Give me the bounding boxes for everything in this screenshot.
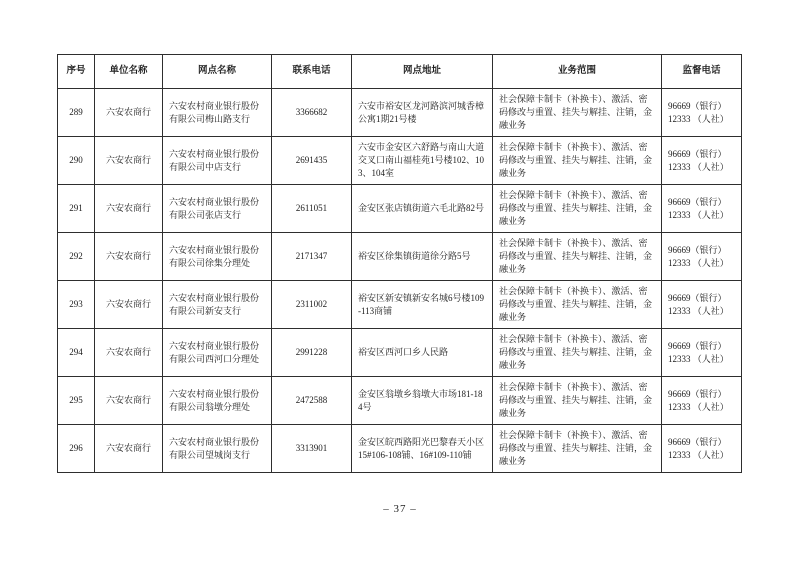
cell-supervision: 96669（银行） 12333 （人社） bbox=[662, 377, 742, 425]
cell-supervision: 96669（银行） 12333 （人社） bbox=[662, 329, 742, 377]
cell-phone: 2691435 bbox=[272, 137, 352, 185]
cell-unit: 六安农商行 bbox=[95, 89, 163, 137]
cell-scope: 社会保障卡制卡（补换卡）、激活、密码修改与重置、挂失与解挂、注销，金融业务 bbox=[493, 281, 662, 329]
cell-unit: 六安农商行 bbox=[95, 329, 163, 377]
cell-no: 291 bbox=[58, 185, 95, 233]
cell-scope: 社会保障卡制卡（补换卡）、激活、密码修改与重置、挂失与解挂、注销，金融业务 bbox=[493, 329, 662, 377]
table-head: 序号单位名称网点名称联系电话网点地址业务范围监督电话 bbox=[58, 55, 742, 89]
cell-branch: 六安农村商业银行股份有限公司徐集分理处 bbox=[163, 233, 272, 281]
cell-scope: 社会保障卡制卡（补换卡）、激活、密码修改与重置、挂失与解挂、注销，金融业务 bbox=[493, 425, 662, 473]
cell-phone: 2472588 bbox=[272, 377, 352, 425]
cell-branch: 六安农村商业银行股份有限公司翁墩分理处 bbox=[163, 377, 272, 425]
cell-address: 六安市裕安区龙河路滨河城香樟公寓1期21号楼 bbox=[352, 89, 493, 137]
cell-supervision: 96669（银行） 12333 （人社） bbox=[662, 425, 742, 473]
document-page: 序号单位名称网点名称联系电话网点地址业务范围监督电话 289六安农商行六安农村商… bbox=[0, 0, 800, 565]
cell-address: 裕安区新安镇新安名城6号楼109-113商铺 bbox=[352, 281, 493, 329]
cell-supervision: 96669（银行） 12333 （人社） bbox=[662, 233, 742, 281]
cell-no: 292 bbox=[58, 233, 95, 281]
table-row: 293六安农商行六安农村商业银行股份有限公司新安支行2311002裕安区新安镇新… bbox=[58, 281, 742, 329]
cell-address: 金安区皖西路阳光巴黎春天小区15#106-108铺、16#109-110铺 bbox=[352, 425, 493, 473]
column-header-no: 序号 bbox=[58, 55, 95, 89]
cell-no: 296 bbox=[58, 425, 95, 473]
table-row: 289六安农商行六安农村商业银行股份有限公司梅山路支行3366682六安市裕安区… bbox=[58, 89, 742, 137]
cell-no: 290 bbox=[58, 137, 95, 185]
table-row: 296六安农商行六安农村商业银行股份有限公司望城岗支行3313901金安区皖西路… bbox=[58, 425, 742, 473]
cell-supervision: 96669（银行） 12333 （人社） bbox=[662, 137, 742, 185]
cell-branch: 六安农村商业银行股份有限公司西河口分理处 bbox=[163, 329, 272, 377]
table-row: 290六安农商行六安农村商业银行股份有限公司中店支行2691435六安市金安区六… bbox=[58, 137, 742, 185]
cell-phone: 2611051 bbox=[272, 185, 352, 233]
cell-address: 裕安区西河口乡人民路 bbox=[352, 329, 493, 377]
cell-supervision: 96669（银行） 12333 （人社） bbox=[662, 185, 742, 233]
column-header-phone: 联系电话 bbox=[272, 55, 352, 89]
cell-branch: 六安农村商业银行股份有限公司望城岗支行 bbox=[163, 425, 272, 473]
cell-phone: 2991228 bbox=[272, 329, 352, 377]
cell-phone: 3366682 bbox=[272, 89, 352, 137]
cell-address: 裕安区徐集镇街道徐分路5号 bbox=[352, 233, 493, 281]
cell-scope: 社会保障卡制卡（补换卡）、激活、密码修改与重置、挂失与解挂、注销，金融业务 bbox=[493, 377, 662, 425]
cell-unit: 六安农商行 bbox=[95, 185, 163, 233]
cell-branch: 六安农村商业银行股份有限公司新安支行 bbox=[163, 281, 272, 329]
cell-unit: 六安农商行 bbox=[95, 233, 163, 281]
column-header-address: 网点地址 bbox=[352, 55, 493, 89]
cell-scope: 社会保障卡制卡（补换卡）、激活、密码修改与重置、挂失与解挂、注销，金融业务 bbox=[493, 137, 662, 185]
table-row: 295六安农商行六安农村商业银行股份有限公司翁墩分理处2472588金安区翁墩乡… bbox=[58, 377, 742, 425]
cell-phone: 2171347 bbox=[272, 233, 352, 281]
column-header-scope: 业务范围 bbox=[493, 55, 662, 89]
cell-unit: 六安农商行 bbox=[95, 137, 163, 185]
header-row: 序号单位名称网点名称联系电话网点地址业务范围监督电话 bbox=[58, 55, 742, 89]
cell-branch: 六安农村商业银行股份有限公司张店支行 bbox=[163, 185, 272, 233]
cell-branch: 六安农村商业银行股份有限公司中店支行 bbox=[163, 137, 272, 185]
table-row: 292六安农商行六安农村商业银行股份有限公司徐集分理处2171347裕安区徐集镇… bbox=[58, 233, 742, 281]
cell-address: 金安区张店镇街道六毛北路82号 bbox=[352, 185, 493, 233]
cell-no: 295 bbox=[58, 377, 95, 425]
cell-address: 金安区翁墩乡翁墩大市场181-184号 bbox=[352, 377, 493, 425]
column-header-branch: 网点名称 bbox=[163, 55, 272, 89]
page-number: – 37 – bbox=[0, 503, 800, 515]
column-header-supervision: 监督电话 bbox=[662, 55, 742, 89]
cell-scope: 社会保障卡制卡（补换卡）、激活、密码修改与重置、挂失与解挂、注销，金融业务 bbox=[493, 233, 662, 281]
cell-address: 六安市金安区六舒路与南山大道交叉口南山福桂苑1号楼102、103、104室 bbox=[352, 137, 493, 185]
cell-unit: 六安农商行 bbox=[95, 425, 163, 473]
cell-no: 293 bbox=[58, 281, 95, 329]
cell-branch: 六安农村商业银行股份有限公司梅山路支行 bbox=[163, 89, 272, 137]
cell-phone: 3313901 bbox=[272, 425, 352, 473]
cell-no: 289 bbox=[58, 89, 95, 137]
bank-branches-table: 序号单位名称网点名称联系电话网点地址业务范围监督电话 289六安农商行六安农村商… bbox=[57, 54, 742, 473]
column-header-unit: 单位名称 bbox=[95, 55, 163, 89]
cell-scope: 社会保障卡制卡（补换卡）、激活、密码修改与重置、挂失与解挂、注销，金融业务 bbox=[493, 89, 662, 137]
cell-scope: 社会保障卡制卡（补换卡）、激活、密码修改与重置、挂失与解挂、注销，金融业务 bbox=[493, 185, 662, 233]
cell-unit: 六安农商行 bbox=[95, 377, 163, 425]
cell-no: 294 bbox=[58, 329, 95, 377]
cell-supervision: 96669（银行） 12333 （人社） bbox=[662, 281, 742, 329]
cell-phone: 2311002 bbox=[272, 281, 352, 329]
table-row: 294六安农商行六安农村商业银行股份有限公司西河口分理处2991228裕安区西河… bbox=[58, 329, 742, 377]
table-body: 289六安农商行六安农村商业银行股份有限公司梅山路支行3366682六安市裕安区… bbox=[58, 89, 742, 473]
cell-supervision: 96669（银行） 12333 （人社） bbox=[662, 89, 742, 137]
cell-unit: 六安农商行 bbox=[95, 281, 163, 329]
table-row: 291六安农商行六安农村商业银行股份有限公司张店支行2611051金安区张店镇街… bbox=[58, 185, 742, 233]
